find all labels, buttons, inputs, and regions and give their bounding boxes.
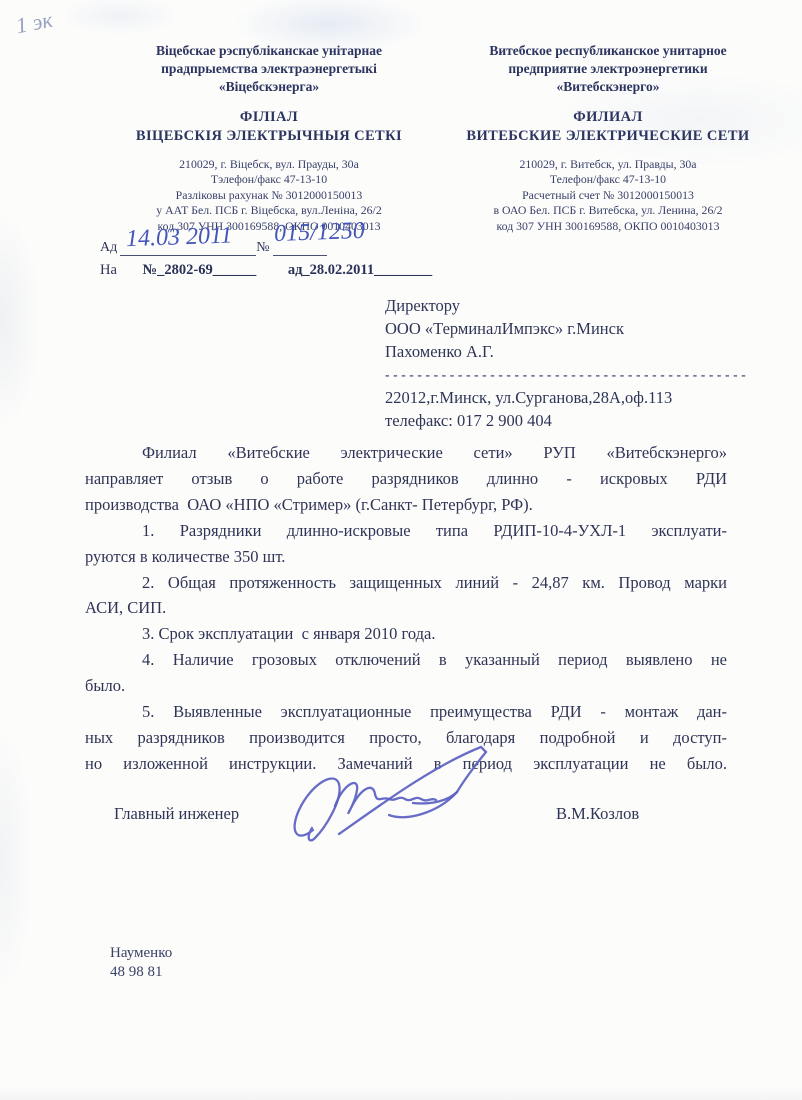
incoming-number: №_2802-69______ bbox=[143, 262, 257, 278]
address-line: 210029, г. Витебск, ул. Правды, 30а bbox=[424, 157, 792, 172]
recipient-phone: телефакс: 017 2 900 404 bbox=[385, 409, 749, 432]
branch-title: ФІЛІАЛ bbox=[78, 108, 460, 127]
incoming-date: ад_28.02.2011________ bbox=[288, 262, 432, 278]
executor-name: Науменко bbox=[110, 944, 172, 963]
body-line: 1. Разрядники длинно-искровые типа РДИП-… bbox=[85, 518, 727, 544]
bank-account-line: Расчетный счет № 3012000150013 bbox=[424, 188, 792, 203]
body-line: 2. Общая протяженность защищенных линий … bbox=[85, 570, 727, 596]
body-line: АСИ, СИП. bbox=[85, 595, 727, 621]
org-name-line: предприятие электроэнергетики bbox=[424, 60, 792, 78]
recipient-person: Пахоменко А.Г. bbox=[385, 340, 749, 363]
body-line: 3. Срок эксплуатации с января 2010 года. bbox=[85, 621, 727, 647]
bank-line: у ААТ Бел. ПСБ г. Віцебска, вул.Леніна, … bbox=[78, 203, 460, 218]
org-name-line: «Віцебскэнерга» bbox=[78, 78, 460, 96]
executor-block: Науменко 48 98 81 bbox=[110, 944, 172, 982]
body-line: 4. Наличие грозовых отключений в указанн… bbox=[85, 647, 727, 673]
incoming-label: На bbox=[100, 262, 117, 278]
letter-page: 1 эк Віцебскае рэспубліканскае унітарнае… bbox=[0, 0, 802, 1100]
body-line: производства ОАО «НПО «Стример» (г.Санкт… bbox=[85, 492, 727, 518]
letterhead-belarusian: Віцебскае рэспубліканскае унітарнае прад… bbox=[78, 42, 460, 234]
executor-phone: 48 98 81 bbox=[110, 963, 172, 982]
address-line: 210029, г. Віцебск, вул. Прауды, 30а bbox=[78, 157, 460, 172]
branch-title: ФИЛИАЛ bbox=[424, 108, 792, 127]
dashed-divider: ----------------------------------------… bbox=[385, 363, 749, 386]
codes-line: код 307 УНН 300169588, ОКПО 0010403013 bbox=[424, 219, 792, 234]
recipient-company: ООО «ТерминалИмпэкс» г.Минск bbox=[385, 317, 749, 340]
body-line: 5. Выявленные эксплуатационные преимущес… bbox=[85, 699, 727, 725]
handwritten-number: 015/1250 bbox=[274, 218, 366, 247]
handwritten-copy-count: 1 эк bbox=[14, 7, 55, 39]
letter-body: Филиал «Витебские электрические сети» РУ… bbox=[85, 440, 727, 777]
body-line: руются в количестве 350 шт. bbox=[85, 544, 727, 570]
org-name-line: «Витебскэнерго» bbox=[424, 78, 792, 96]
body-line: было. bbox=[85, 673, 727, 699]
recipient-title: Директору bbox=[385, 294, 749, 317]
outgoing-date-label: Ад bbox=[100, 240, 117, 256]
bank-line: в ОАО Бел. ПСБ г. Витебска, ул. Ленина, … bbox=[424, 203, 792, 218]
phone-line: Тэлефон/факс 47-13-10 bbox=[78, 172, 460, 187]
handwritten-date: 14.03 2011 bbox=[126, 222, 233, 252]
recipient-block: Директору ООО «ТерминалИмпэкс» г.Минск П… bbox=[385, 294, 749, 432]
bank-account-line: Разліковы рахунак № 3012000150013 bbox=[78, 188, 460, 203]
incoming-reference-row: На №_2802-69______ ад_28.02.2011________ bbox=[100, 262, 432, 279]
signer-title: Главный инженер bbox=[114, 804, 239, 824]
letterhead-russian: Витебское республиканское унитарное пред… bbox=[424, 42, 792, 234]
org-name-line: прадпрыемства электраэнергетыкі bbox=[78, 60, 460, 78]
signer-name: В.М.Козлов bbox=[556, 804, 639, 824]
phone-line: Телефон/факс 47-13-10 bbox=[424, 172, 792, 187]
recipient-address: 22012,г.Минск, ул.Сурганова,28А,оф.113 bbox=[385, 386, 749, 409]
handwritten-signature bbox=[283, 744, 508, 844]
branch-name: ВІЦЕБСКІЯ ЭЛЕКТРЫЧНЫЯ СЕТКІ bbox=[78, 127, 460, 146]
org-name-line: Віцебскае рэспубліканскае унітарнае bbox=[78, 42, 460, 60]
body-line: Филиал «Витебские электрические сети» РУ… bbox=[85, 440, 727, 466]
branch-name: ВИТЕБСКИЕ ЭЛЕКТРИЧЕСКИЕ СЕТИ bbox=[424, 127, 792, 146]
org-name-line: Витебское республиканское унитарное bbox=[424, 42, 792, 60]
body-line: направляет отзыв о работе разрядников дл… bbox=[85, 466, 727, 492]
